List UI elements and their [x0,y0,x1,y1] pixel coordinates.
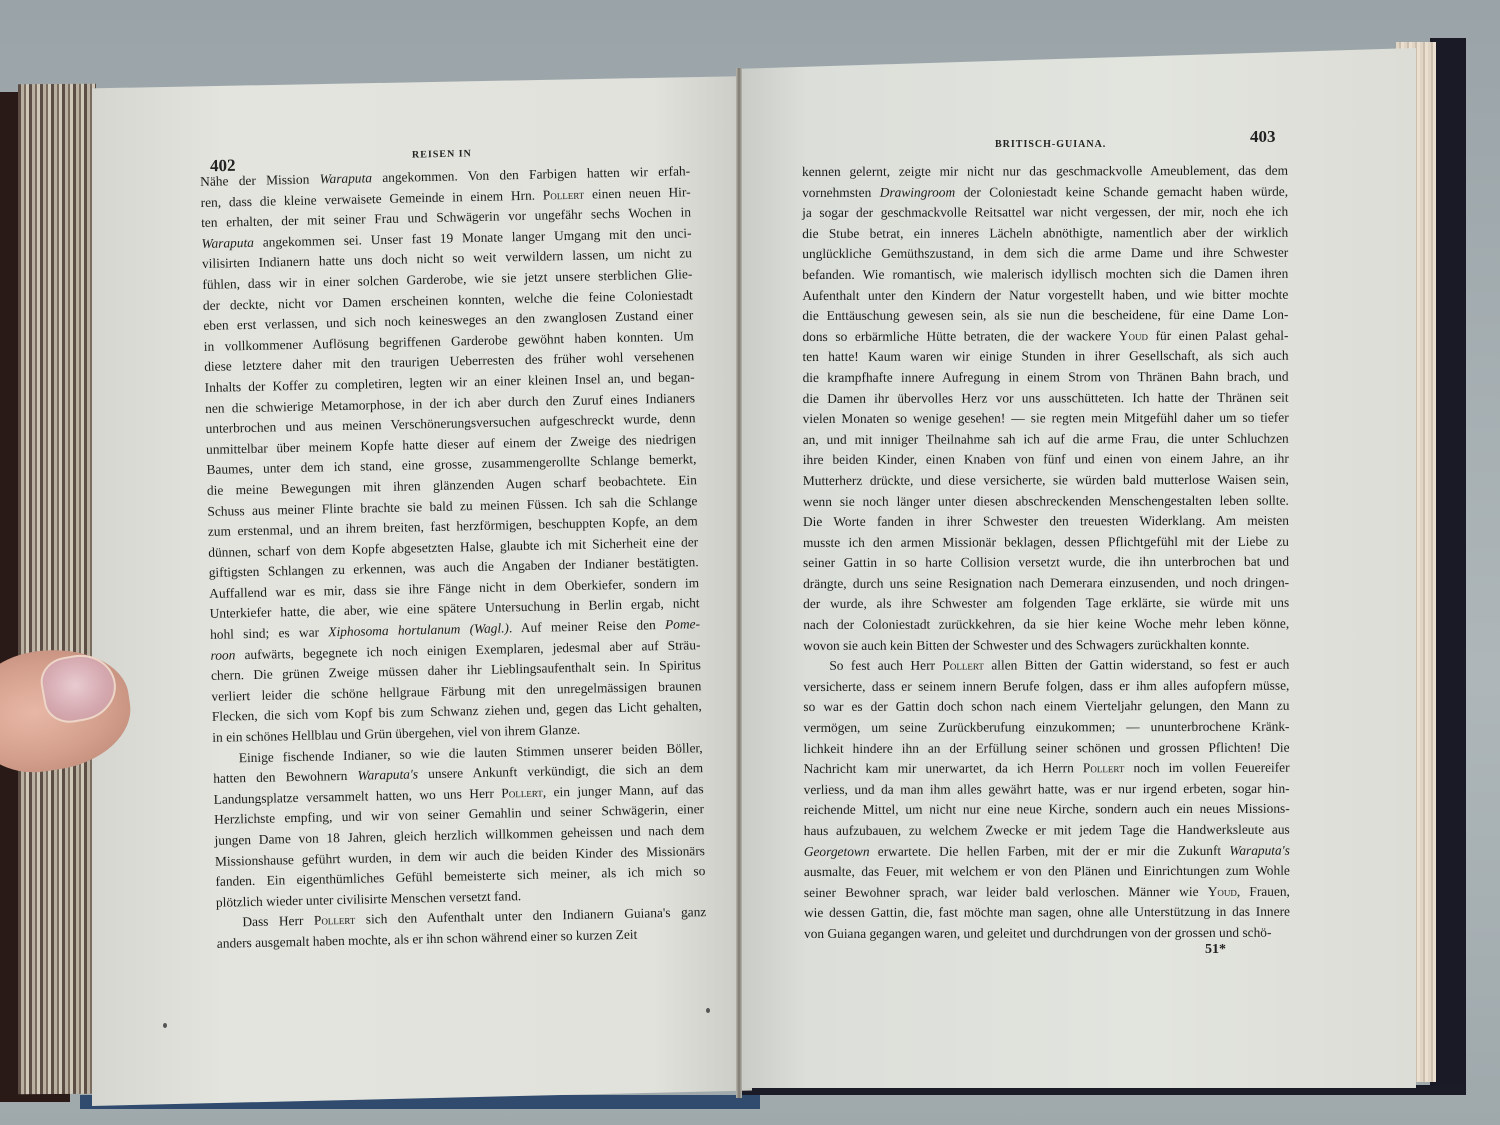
text-line: Nachricht kam mir unerwartet, da ich Her… [804,758,1290,780]
paper-speck [163,1023,167,1028]
text-line: haus aufzubauen, zu welchem Zwecke er mi… [804,820,1290,842]
text-line: an, und mit inniger Theilnahme sah ich a… [803,428,1289,450]
text-line: die Damen ihr übervolles Herz vor uns au… [803,387,1289,409]
book-gutter [736,68,742,1098]
text-line: der wurde, als ihre Schwester am folgend… [803,593,1289,615]
printer-signature-mark: 51* [1205,942,1226,958]
text-line: die krampfhafte innere Aufregung in eine… [803,367,1289,389]
text-line: wovon sie auch kein Bitten der Schwester… [803,634,1289,656]
left-page-edges [18,84,96,1095]
text-line: drängte, durch uns seine Resignation nac… [803,573,1289,595]
text-line: nach der Coloniestadt zurückkehren, da s… [803,614,1289,636]
text-line: so war es der Gattin doch schon nach ein… [803,696,1289,718]
text-line: ten hatte! Kaum waren wir einige Stunden… [802,346,1288,368]
text-line: vielen Monaten so wenige gesehen! — sie … [803,408,1289,430]
text-line: Die Worte fanden in ihrer Schwester den … [803,511,1289,533]
text-line: wenn sie noch länger unter diesen abschr… [803,490,1289,512]
text-line: vermögen, um seine Zurückberufung einzuk… [803,717,1289,739]
text-line: Georgetown erwartete. Die hellen Farben,… [804,840,1290,862]
right-running-head: BRITISCH-GUIANA. [995,139,1106,150]
text-line: kennen gelernt, zeigte mir nicht nur das… [802,161,1288,183]
text-line: musste ich den armen Missionär beklagen,… [803,531,1289,553]
paper-speck [706,1008,710,1013]
text-line: ihre beiden Kinder, einen Knaben von fün… [803,449,1289,471]
text-line: wie dessen Gattin, die, fast möchte man … [804,902,1290,924]
text-line: Mutterherz drückte, und diese versichert… [803,470,1289,492]
text-line: Aufenthalt unter den Kindern der Natur v… [802,284,1288,306]
text-line: reichende Mittel, um nicht nur eine neue… [804,799,1290,821]
text-line: seiner Bewohner sprach, war leider bald … [804,882,1290,904]
text-line: unglückliche Gemüthszustand, in dem sich… [802,243,1288,265]
left-running-head: REISEN IN [412,148,472,160]
text-line: befanden. Wie romantisch, wie malerisch … [802,264,1288,286]
text-line: ja sogar der geschmackvolle Reitsattel w… [802,202,1288,224]
text-line: seiner Gattin in so harte Collision vers… [803,552,1289,574]
text-line: lichkeit hindere ihn an der Erfüllung se… [804,737,1290,759]
text-line: die Enttäuschung gewesen sein, als sie n… [802,305,1288,327]
text-line: So fest auch Herr Pollert allen Bitten d… [803,655,1289,677]
left-page-body: Nähe der Mission Waraputa angekommen. Vo… [200,161,707,954]
text-line: dons so erbärmliche Hütte betraten, die … [802,325,1288,347]
text-line: verliess, und da man ihm alles gewährt h… [804,779,1290,801]
text-line: ausmalte, das Feuer, mit welchem er von … [804,861,1290,883]
right-page-number: 403 [1250,127,1276,147]
right-page-body: kennen gelernt, zeigte mir nicht nur das… [802,161,1290,945]
text-line: die Stube betrat, ein inneres Lächeln ab… [802,223,1288,245]
text-line: versicherte, dass er seinem innern Beruf… [803,676,1289,698]
text-line: vornehmsten Drawingroom der Coloniestadt… [802,181,1288,203]
